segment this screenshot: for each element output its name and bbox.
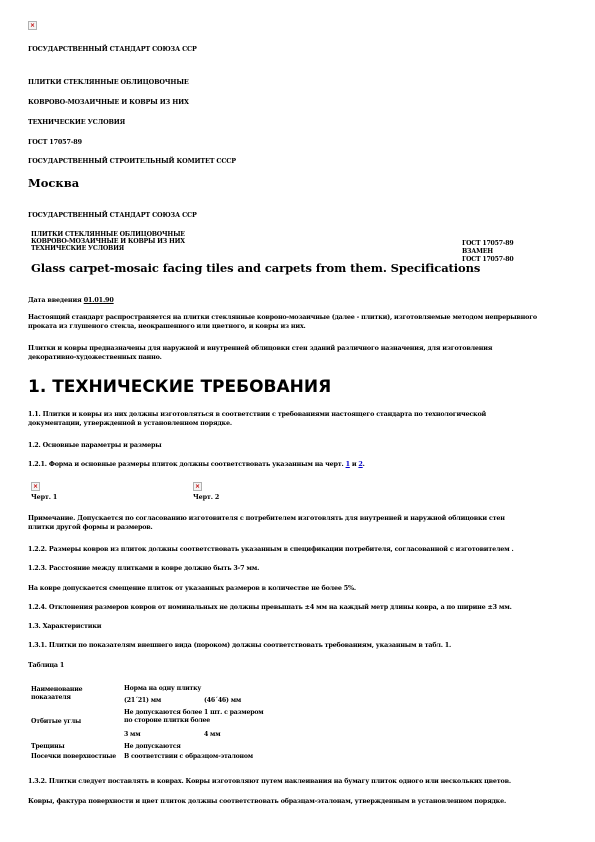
- table-header-name-line1: Наименование: [31, 686, 82, 693]
- section-heading: 1. ТЕХНИЧЕСКИЕ ТРЕБОВАНИЯ: [28, 377, 331, 397]
- effective-date: Дата введения 01.01.90: [28, 296, 114, 304]
- figure-2-broken-image-icon: ×: [193, 482, 202, 491]
- table-header-size-2: (46´46) мм: [204, 697, 241, 704]
- figure-1-caption: Черт. 1: [31, 493, 57, 501]
- clause-1-2-1-period: .: [363, 460, 365, 468]
- clause-1-2-4: 1.2.4. Отклонения размеров ковров от ном…: [28, 601, 512, 613]
- title-block-org: ГОСУДАРСТВЕННЫЙ СТАНДАРТ СОЮЗА ССР: [28, 211, 197, 219]
- table-cell-cracks-norm: Не допускаются: [124, 743, 181, 750]
- header-city: Москва: [28, 176, 79, 190]
- clause-1-3-3: Ковры, фактура поверхности и цвет плиток…: [28, 795, 506, 807]
- clause-1-2-3: 1.2.3. Расстояние между плитками в ковре…: [28, 562, 259, 574]
- document-page: × ГОСУДАРСТВЕННЫЙ СТАНДАРТ СОЮЗА ССР ПЛИ…: [0, 0, 595, 842]
- table-cell-scratches-name: Посечки поверхностные: [31, 753, 116, 760]
- table-title: Таблица 1: [28, 659, 64, 671]
- clause-1-2-1-text: 1.2.1. Форма и основные размеры плиток д…: [28, 460, 346, 468]
- intro-paragraph-2-line2: декоративно-художественных панно.: [28, 351, 162, 363]
- header-title-line2: КОВРОВО-МОЗАИЧНЫЕ И КОВРЫ ИЗ НИХ: [28, 98, 189, 106]
- title-block-replaces: ГОСТ 17057-80: [462, 256, 513, 263]
- intro-paragraph-1-line2: проката из глушеного стекла, неокрашенно…: [28, 320, 306, 332]
- clause-1-2: 1.2. Основные параметры и размеры: [28, 439, 161, 451]
- header-title-line1: ПЛИТКИ СТЕКЛЯННЫЕ ОБЛИЦОВОЧНЫЕ: [28, 78, 189, 86]
- table-cell-chipped-name: Отбитые углы: [31, 718, 81, 725]
- clause-1-2-3-note: На ковре допускается смещение плиток от …: [28, 582, 356, 594]
- title-block-en-title: Glass carpet-mosaic facing tiles and car…: [31, 261, 480, 275]
- title-block-gost: ГОСТ 17057-89: [462, 240, 513, 247]
- header-standard-org: ГОСУДАРСТВЕННЫЙ СТАНДАРТ СОЮЗА ССР: [28, 45, 197, 53]
- header-gost: ГОСТ 17057-89: [28, 138, 82, 146]
- table-header-name-line2: показателя: [31, 694, 71, 701]
- note-line2: плитки другой формы и размеров.: [28, 521, 153, 533]
- header-committee: ГОСУДАРСТВЕННЫЙ СТРОИТЕЛЬНЫЙ КОМИТЕТ ССС…: [28, 157, 236, 165]
- effective-date-value: 01.01.90: [84, 296, 114, 304]
- clause-1-1-line2: документации, утвержденной в установленн…: [28, 417, 232, 429]
- table-header-norm: Норма на одну плитку: [124, 685, 201, 692]
- header-title-line3: ТЕХНИЧЕСКИЕ УСЛОВИЯ: [28, 118, 125, 126]
- figure-2-caption: Черт. 2: [193, 493, 219, 501]
- table-header-size-1: (21´21) мм: [124, 697, 161, 704]
- clause-1-2-1: 1.2.1. Форма и основные размеры плиток д…: [28, 458, 365, 470]
- clause-1-3-2: 1.3.2. Плитки следует поставлять в ковра…: [28, 775, 511, 787]
- clause-1-3-1: 1.3.1. Плитки по показателям внешнего ви…: [28, 639, 451, 651]
- clause-1-3: 1.3. Характеристики: [28, 620, 101, 632]
- clause-1-2-2: 1.2.2. Размеры ковров из плиток должны с…: [28, 543, 514, 555]
- table-cell-chipped-norm-line1: Не допускаются более 1 шт. с размером: [124, 709, 263, 716]
- title-block-replaces-label: ВЗАМЕН: [462, 248, 493, 255]
- title-block-ru-line3: ТЕХНИЧЕСКИЕ УСЛОВИЯ: [31, 245, 124, 252]
- broken-image-icon: ×: [28, 21, 37, 30]
- table-cell-chipped-norm-line2: по стороне плитки более: [124, 717, 210, 724]
- table-cell-chipped-v1: 3 мм: [124, 731, 140, 738]
- table-cell-chipped-v2: 4 мм: [204, 731, 220, 738]
- table-cell-scratches-norm: В соответствии с образцом-эталоном: [124, 753, 253, 760]
- table-cell-cracks-name: Трещины: [31, 743, 64, 750]
- figure-1-broken-image-icon: ×: [31, 482, 40, 491]
- effective-date-label: Дата введения: [28, 296, 84, 304]
